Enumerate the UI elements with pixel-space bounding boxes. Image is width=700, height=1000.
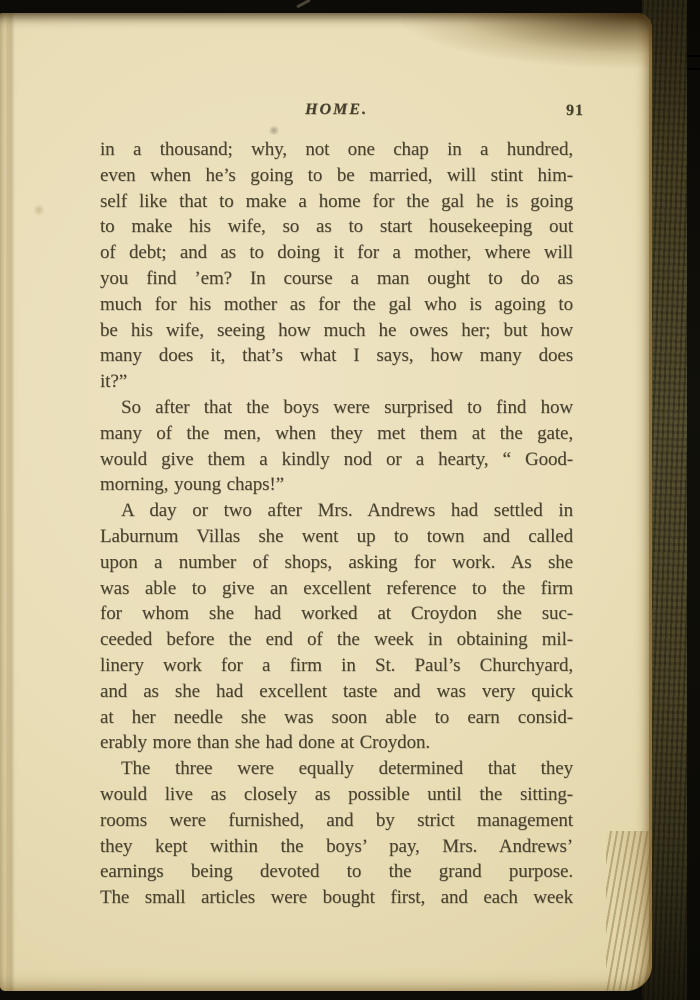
text-line: would give them a kindly nod or a hearty…: [100, 447, 573, 473]
text-line: The three were equally determined that t…: [100, 756, 573, 782]
text-line: many of the men, when they met them at t…: [100, 421, 573, 447]
text-line: they kept within the boys’ pay, Mrs. And…: [100, 834, 573, 860]
page-header: HOME. 91: [100, 101, 573, 127]
text-line: and as she had excellent taste and was v…: [100, 679, 573, 705]
text-line: many does it, that’s what I says, how ma…: [100, 343, 573, 369]
text-line: even when he’s going to be married, will…: [100, 163, 573, 189]
book-scan: HOME. 91 in a thousand; why, not one cha…: [0, 0, 700, 1000]
running-title: HOME.: [100, 101, 573, 119]
text-line: for whom she had worked at Croydon she s…: [100, 601, 573, 627]
text-line: A day or two after Mrs. Andrews had sett…: [100, 498, 573, 524]
text-line: Laburnum Villas she went up to town and …: [100, 524, 573, 550]
text-line: The small articles were bought first, an…: [100, 885, 573, 911]
text-line: it?”: [100, 369, 573, 395]
body-text: in a thousand; why, not one chap in a hu…: [100, 137, 573, 911]
text-line: of debt; and as to doing it for a mother…: [100, 240, 573, 266]
text-line: you find ’em? In course a man ought to d…: [100, 266, 573, 292]
page-burnt-corner: [402, 13, 652, 88]
text-line: morning, young chaps!”: [100, 472, 573, 498]
page-number: 91: [524, 102, 584, 120]
text-line: self like that to make a home for the ga…: [100, 189, 573, 215]
book-page: HOME. 91 in a thousand; why, not one cha…: [0, 13, 652, 991]
scan-gutter-shadow: [687, 0, 700, 1000]
text-line: was able to give an excellent reference …: [100, 576, 573, 602]
cover-texture-line: [687, 68, 700, 70]
cover-texture-line: [687, 55, 700, 57]
page-left-crease: [6, 13, 15, 991]
text-line: be his wife, seeing how much he owes her…: [100, 318, 573, 344]
ink-smudge: [34, 203, 44, 217]
text-line: So after that the boys were surprised to…: [100, 395, 573, 421]
text-line: in a thousand; why, not one chap in a hu…: [100, 137, 573, 163]
text-line: upon a number of shops, asking for work.…: [100, 550, 573, 576]
scan-scratch-mark: [296, 0, 311, 8]
text-line: to make his wife, so as to start houseke…: [100, 214, 573, 240]
text-line: ceeded before the end of the week in obt…: [100, 627, 573, 653]
text-line: linery work for a firm in St. Paul’s Chu…: [100, 653, 573, 679]
text-line: earnings being devoted to the grand purp…: [100, 859, 573, 885]
text-line: would live as closely as possible until …: [100, 782, 573, 808]
text-line: much for his mother as for the gal who i…: [100, 292, 573, 318]
ink-smudge: [268, 126, 280, 135]
text-line: erably more than she had done at Croydon…: [100, 730, 573, 756]
text-line: rooms were furnished, and by strict mana…: [100, 808, 573, 834]
page-stack-edges: [606, 831, 652, 991]
text-line: at her needle she was soon able to earn …: [100, 705, 573, 731]
